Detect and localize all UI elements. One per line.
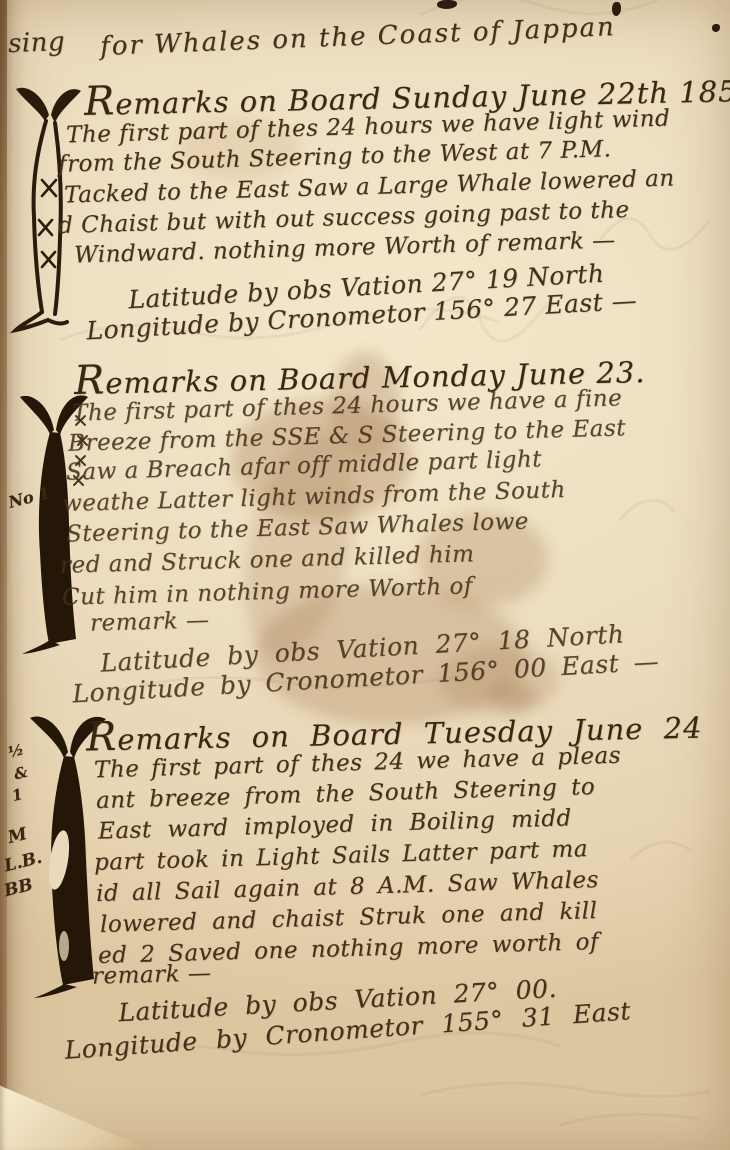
entry3-line: remark — <box>92 960 212 989</box>
entry2-line: remark — <box>90 607 210 636</box>
continuation-word: sing <box>7 27 65 59</box>
logbook-page: No 1 ½ & 1 M L.B. BB sing for Whales on … <box>0 0 730 1150</box>
